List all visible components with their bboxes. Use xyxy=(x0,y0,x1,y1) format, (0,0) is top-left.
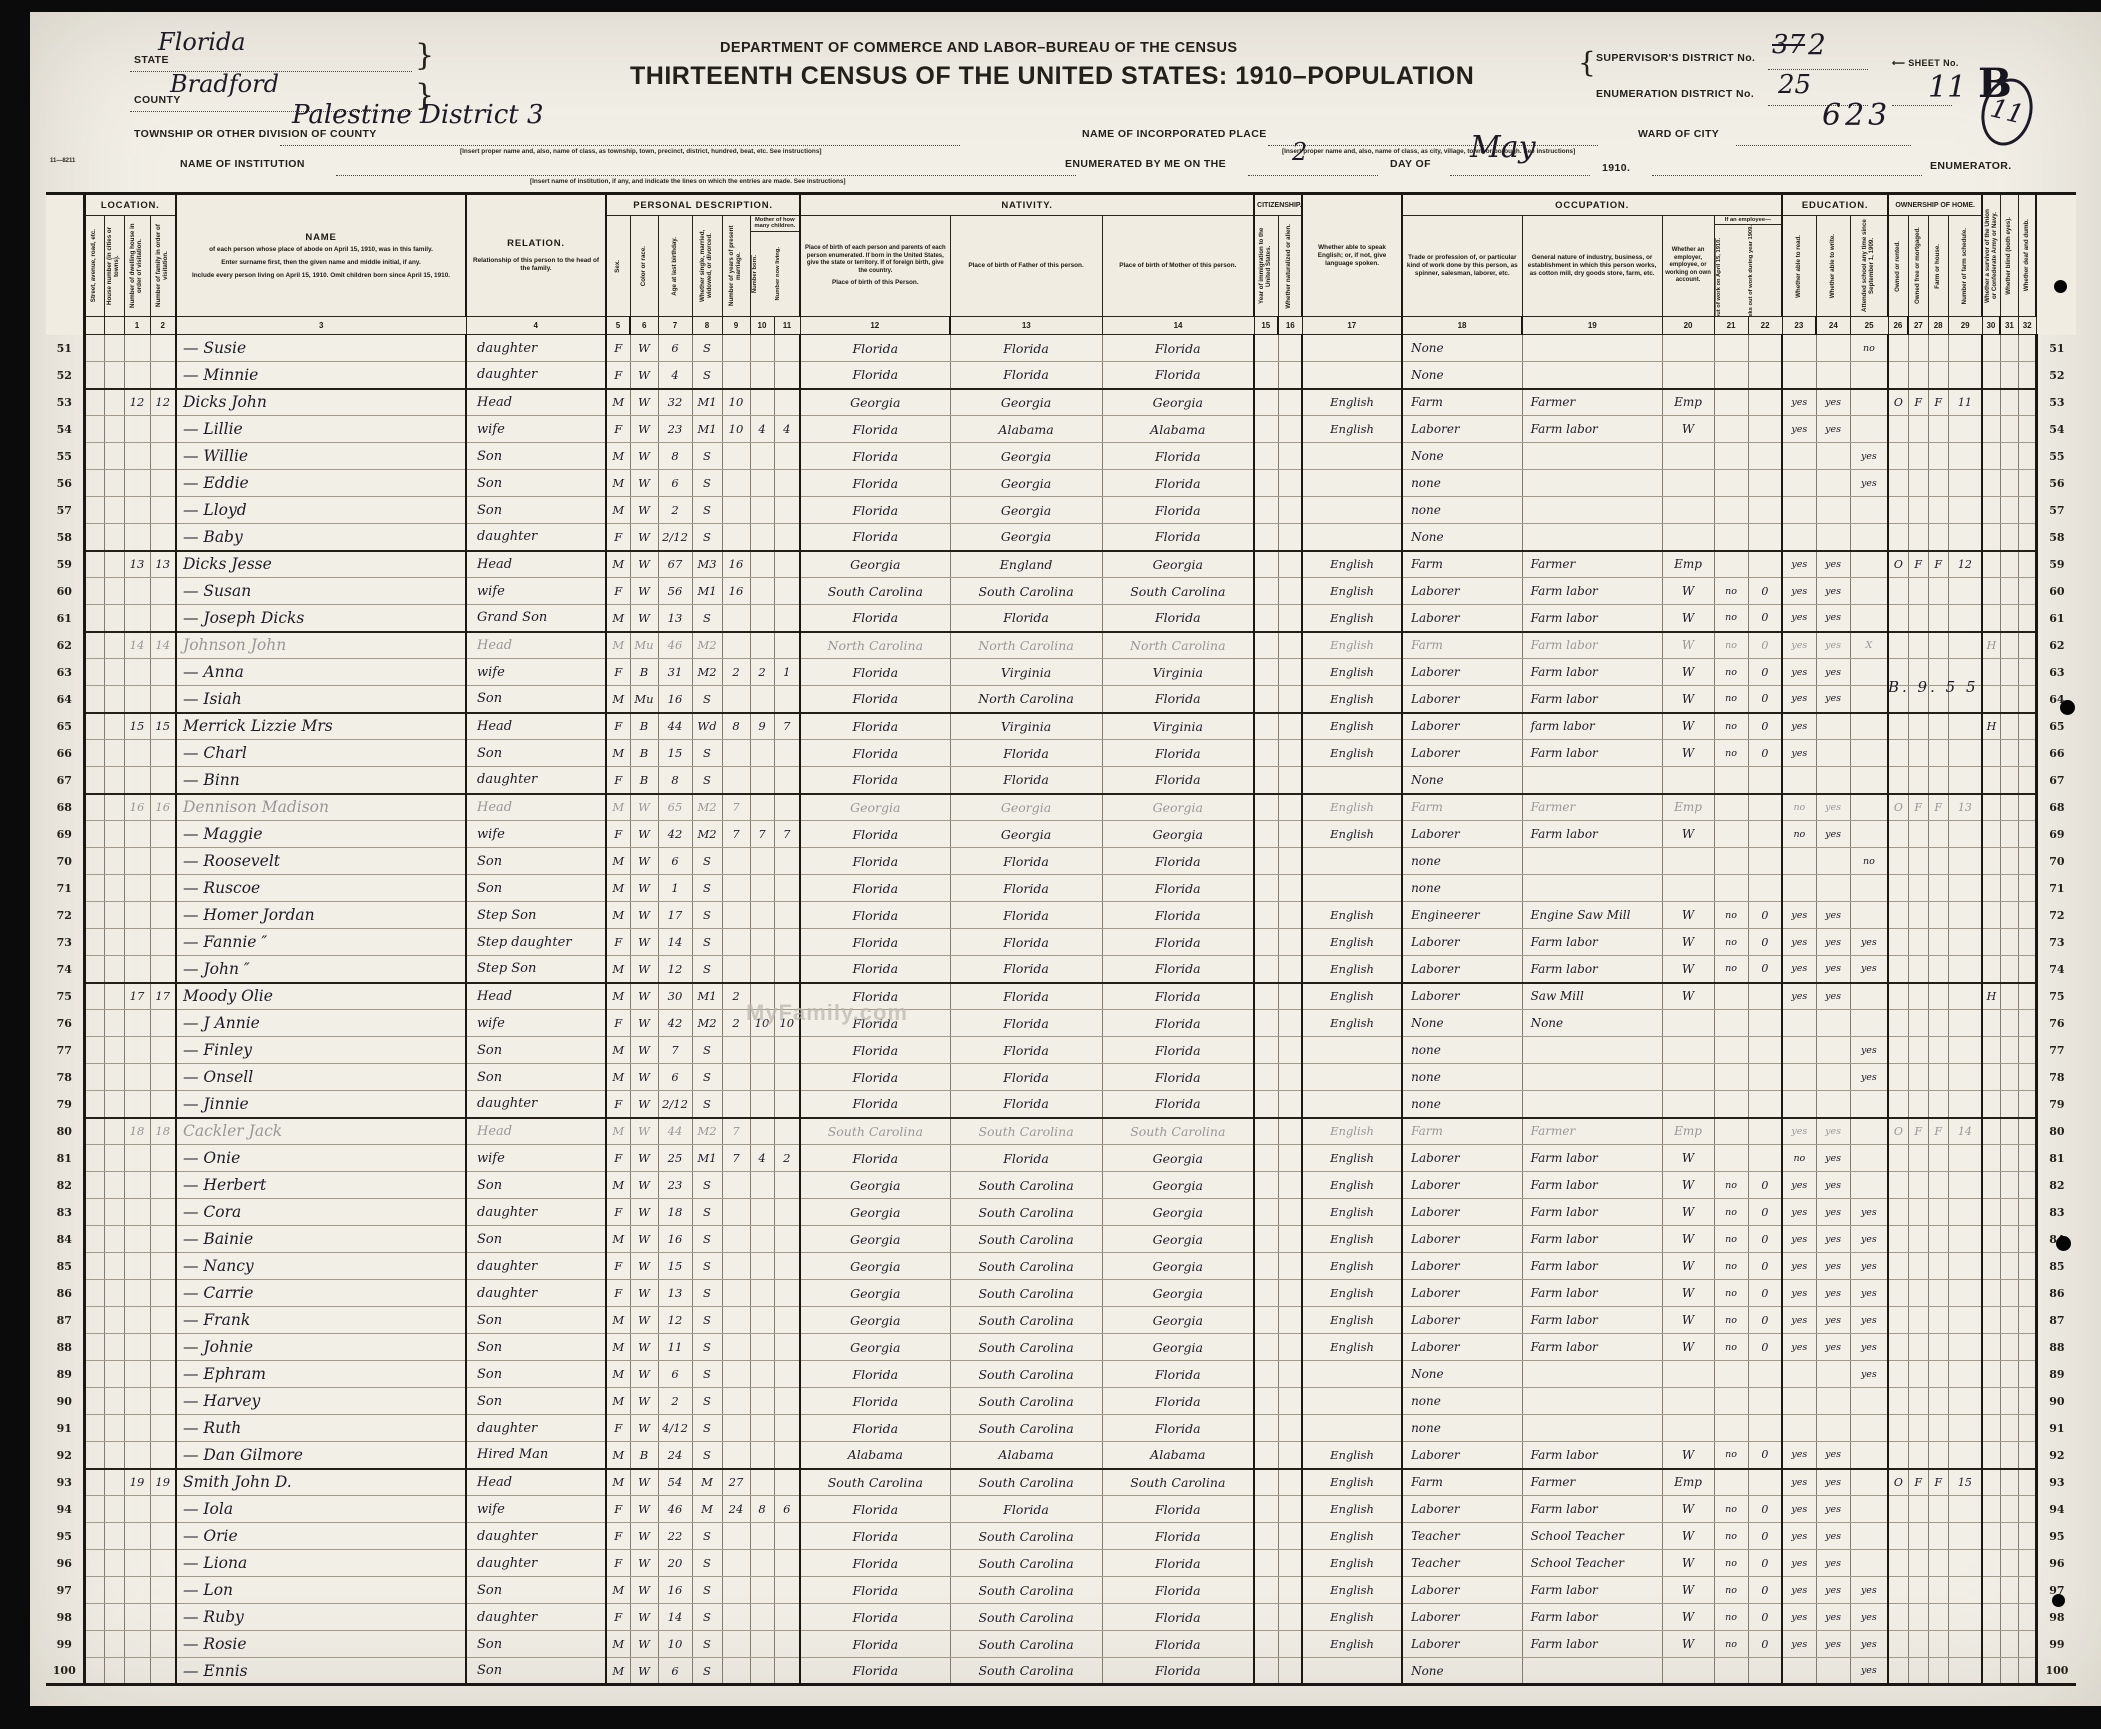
cell-color: W xyxy=(630,1415,658,1442)
cell-sex: M xyxy=(606,1442,630,1469)
cell-o27 xyxy=(1908,1064,1928,1091)
cell-c31 xyxy=(2000,1334,2018,1361)
cell-c30 xyxy=(1982,470,2000,497)
cell-nat xyxy=(1278,659,1302,686)
line-number: 96 xyxy=(46,1550,84,1577)
cell-imm xyxy=(1254,1442,1278,1469)
cell-o26 xyxy=(1888,1361,1908,1388)
census-sheet: STATE Florida } COUNTY Bradford } DEPART… xyxy=(30,12,2101,1706)
cell-age: 2/12 xyxy=(658,524,692,551)
cell-o26 xyxy=(1888,1604,1908,1631)
sheet-label: ⟵ SHEET No. xyxy=(1892,58,1959,69)
cell-emp: W xyxy=(1662,1307,1714,1334)
cell-age: 16 xyxy=(658,1226,692,1253)
cell-ow: no xyxy=(1714,686,1748,713)
cell-sch: yes xyxy=(1850,1307,1888,1334)
cell-wr: yes xyxy=(1816,902,1850,929)
cell-pm: Florida xyxy=(1102,605,1254,632)
cell-wr xyxy=(1816,1415,1850,1442)
cell-trade: None xyxy=(1402,1010,1522,1037)
cell-wk xyxy=(1748,389,1782,416)
cell-ym: 10 xyxy=(722,416,750,443)
line-number: 59 xyxy=(46,551,84,578)
cell-cb xyxy=(750,362,774,389)
cell-pf: South Carolina xyxy=(950,1307,1102,1334)
cell-street xyxy=(84,524,104,551)
cell-age: 14 xyxy=(658,1604,692,1631)
cell-rd xyxy=(1782,1361,1816,1388)
cell-age: 46 xyxy=(658,1496,692,1523)
cell-pob: Florida xyxy=(800,956,950,983)
cell-emp: W xyxy=(1662,713,1714,740)
cell-o29 xyxy=(1948,362,1982,389)
cell-cl: 7 xyxy=(774,821,800,848)
immigration-desc: Year of immigration to the United States… xyxy=(1259,218,1273,314)
cell-eng: English xyxy=(1302,1307,1402,1334)
column-number: 14 xyxy=(1102,317,1254,335)
cell-name: — Johnie xyxy=(176,1334,466,1361)
cell-cb xyxy=(750,848,774,875)
cell-c30 xyxy=(1982,902,2000,929)
cell-nat xyxy=(1278,848,1302,875)
cell-pob: Florida xyxy=(800,335,950,362)
cell-nat xyxy=(1278,1226,1302,1253)
cell-sch xyxy=(1850,713,1888,740)
cell-c31 xyxy=(2000,1523,2018,1550)
cell-mar: S xyxy=(692,848,722,875)
cell-o26 xyxy=(1888,1199,1908,1226)
cell-o28 xyxy=(1928,1496,1948,1523)
cell-fam xyxy=(150,335,176,362)
cell-wr xyxy=(1816,767,1850,794)
cell-cl xyxy=(774,1253,800,1280)
cell-c32 xyxy=(2018,1442,2036,1469)
cell-trade: Farm xyxy=(1402,794,1522,821)
cell-o29 xyxy=(1948,443,1982,470)
cell-age: 6 xyxy=(658,1361,692,1388)
cell-age: 44 xyxy=(658,713,692,740)
cell-sex: F xyxy=(606,1550,630,1577)
cell-rd: yes xyxy=(1782,1523,1816,1550)
cell-ow xyxy=(1714,416,1748,443)
cell-rel: daughter xyxy=(466,1604,606,1631)
line-number: 91 xyxy=(46,1415,84,1442)
cell-sch xyxy=(1850,1496,1888,1523)
cell-emp xyxy=(1662,875,1714,902)
cell-wr: yes xyxy=(1816,1280,1850,1307)
cell-mar: S xyxy=(692,1604,722,1631)
census-row: 98— RubydaughterFW14SFloridaSouth Caroli… xyxy=(46,1604,2076,1631)
cell-c31 xyxy=(2000,335,2018,362)
cell-dw xyxy=(124,1064,150,1091)
cell-age: 2 xyxy=(658,497,692,524)
census-row: 66— CharlSonMB15SFloridaFloridaFloridaEn… xyxy=(46,740,2076,767)
cell-eng: English xyxy=(1302,389,1402,416)
cell-c32 xyxy=(2018,821,2036,848)
cell-color: W xyxy=(630,929,658,956)
cell-o29 xyxy=(1948,1064,1982,1091)
line-number: 97 xyxy=(46,1577,84,1604)
cell-age: 22 xyxy=(658,1523,692,1550)
cell-o27 xyxy=(1908,1442,1928,1469)
cell-c30 xyxy=(1982,767,2000,794)
cell-street xyxy=(84,1415,104,1442)
cell-house xyxy=(104,1523,124,1550)
cell-o26 xyxy=(1888,335,1908,362)
cell-dw xyxy=(124,1145,150,1172)
cell-o29 xyxy=(1948,1388,1982,1415)
name-desc-2: Enter surname first, then the given name… xyxy=(179,259,463,267)
cell-ind: Farm labor xyxy=(1522,1307,1662,1334)
cell-c31 xyxy=(2000,605,2018,632)
cell-c30: H xyxy=(1982,713,2000,740)
relation-desc: Relationship of this person to the head … xyxy=(469,257,603,273)
cell-cl: 1 xyxy=(774,659,800,686)
cell-pf: South Carolina xyxy=(950,1415,1102,1442)
column-mother-birthplace: Place of birth of Mother of this person. xyxy=(1102,216,1254,317)
cell-pf: South Carolina xyxy=(950,1172,1102,1199)
cell-trade: Farm xyxy=(1402,389,1522,416)
cell-age: 54 xyxy=(658,1469,692,1496)
cell-trade: Teacher xyxy=(1402,1523,1522,1550)
cell-c32 xyxy=(2018,875,2036,902)
cell-nat xyxy=(1278,1064,1302,1091)
cell-emp: W xyxy=(1662,929,1714,956)
cell-rd: yes xyxy=(1782,659,1816,686)
cell-wk: 0 xyxy=(1748,632,1782,659)
cell-pf: Florida xyxy=(950,1037,1102,1064)
cell-age: 4/12 xyxy=(658,1415,692,1442)
cell-c32 xyxy=(2018,956,2036,983)
line-number: 76 xyxy=(2036,1010,2076,1037)
day-of-label: DAY OF xyxy=(1390,158,1431,170)
cell-o27 xyxy=(1908,713,1928,740)
cell-cl xyxy=(774,335,800,362)
cell-emp: W xyxy=(1662,1631,1714,1658)
cell-house xyxy=(104,1415,124,1442)
cell-dw xyxy=(124,1442,150,1469)
industry-desc: General nature of industry, business, or… xyxy=(1525,254,1660,278)
cell-name: — Charl xyxy=(176,740,466,767)
cell-c32 xyxy=(2018,1253,2036,1280)
cell-name: — Fannie ″ xyxy=(176,929,466,956)
cell-o28 xyxy=(1928,1658,1948,1685)
cell-wr: yes xyxy=(1816,1577,1850,1604)
cell-o26 xyxy=(1888,1307,1908,1334)
cell-color: W xyxy=(630,1172,658,1199)
cell-o29 xyxy=(1948,1010,1982,1037)
column-read: Whether able to read. xyxy=(1782,216,1816,317)
cell-rd: yes xyxy=(1782,1226,1816,1253)
cell-nat xyxy=(1278,1253,1302,1280)
cell-wk xyxy=(1748,497,1782,524)
cell-sex: F xyxy=(606,1145,630,1172)
cell-ym xyxy=(722,335,750,362)
cell-eng: English xyxy=(1302,1550,1402,1577)
cell-sch xyxy=(1850,1550,1888,1577)
cell-mar: S xyxy=(692,1199,722,1226)
cell-sex: M xyxy=(606,1388,630,1415)
cell-fam xyxy=(150,902,176,929)
cell-cb xyxy=(750,1631,774,1658)
cell-eng: English xyxy=(1302,1469,1402,1496)
cell-c30 xyxy=(1982,875,2000,902)
cell-eng xyxy=(1302,1091,1402,1118)
cell-house xyxy=(104,1280,124,1307)
line-number: 98 xyxy=(46,1604,84,1631)
cell-rel: Son xyxy=(466,686,606,713)
cell-ow xyxy=(1714,1037,1748,1064)
line-number: 84 xyxy=(46,1226,84,1253)
cell-c30 xyxy=(1982,1280,2000,1307)
cell-color: W xyxy=(630,470,658,497)
cell-c32 xyxy=(2018,470,2036,497)
cell-sex: F xyxy=(606,1496,630,1523)
cell-cb xyxy=(750,794,774,821)
cell-cb xyxy=(750,497,774,524)
sheet-line xyxy=(1892,104,1952,106)
cell-dw: 12 xyxy=(124,389,150,416)
cell-pm: Georgia xyxy=(1102,1172,1254,1199)
cell-ym xyxy=(722,1658,750,1685)
cell-name: — Cora xyxy=(176,1199,466,1226)
line-number: 62 xyxy=(46,632,84,659)
line-number: 63 xyxy=(2036,659,2076,686)
cell-o29 xyxy=(1948,416,1982,443)
column-naturalized: Whether naturalized or alien. xyxy=(1278,216,1302,317)
cell-street xyxy=(84,443,104,470)
cell-ind: Farm labor xyxy=(1522,1145,1662,1172)
cell-ym: 10 xyxy=(722,389,750,416)
cell-mar: M2 xyxy=(692,821,722,848)
cell-o28 xyxy=(1928,1604,1948,1631)
cell-sch xyxy=(1850,821,1888,848)
cell-o26 xyxy=(1888,1523,1908,1550)
cell-pm: Florida xyxy=(1102,1658,1254,1685)
line-number: 85 xyxy=(2036,1253,2076,1280)
cell-wr: yes xyxy=(1816,794,1850,821)
cell-ind xyxy=(1522,767,1662,794)
column-blind: Whether blind (both eyes). xyxy=(2000,194,2018,317)
cell-o29 xyxy=(1948,1658,1982,1685)
cell-rd xyxy=(1782,443,1816,470)
cell-ym: 2 xyxy=(722,659,750,686)
column-dwelling-number: Number of dwelling house in order of vis… xyxy=(124,216,150,317)
cell-eng: English xyxy=(1302,578,1402,605)
cell-house xyxy=(104,1604,124,1631)
cell-ow: no xyxy=(1714,1577,1748,1604)
cell-emp: W xyxy=(1662,1226,1714,1253)
cell-pm: Georgia xyxy=(1102,1253,1254,1280)
column-mother-of-children: Mother of how many children. Number born… xyxy=(750,216,800,317)
cell-sex: F xyxy=(606,929,630,956)
cell-age: 16 xyxy=(658,686,692,713)
census-row: 651515Merrick Lizzie MrsHeadFB44Wd897Flo… xyxy=(46,713,2076,740)
cell-cl: 2 xyxy=(774,1145,800,1172)
cell-o28 xyxy=(1928,1199,1948,1226)
cell-name: — Baby xyxy=(176,524,466,551)
cell-rel: Son xyxy=(466,740,606,767)
cell-sch: yes xyxy=(1850,1631,1888,1658)
cell-sch xyxy=(1850,1172,1888,1199)
cell-c30 xyxy=(1982,1631,2000,1658)
cell-cl xyxy=(774,1442,800,1469)
cell-ow: no xyxy=(1714,1631,1748,1658)
cell-ow xyxy=(1714,983,1748,1010)
cell-ind: Farm labor xyxy=(1522,1577,1662,1604)
cell-wr: yes xyxy=(1816,1253,1850,1280)
cell-house xyxy=(104,1334,124,1361)
census-row: 91— RuthdaughterFW4/12SFloridaSouth Caro… xyxy=(46,1415,2076,1442)
cell-age: 12 xyxy=(658,956,692,983)
cell-pm: Florida xyxy=(1102,740,1254,767)
cell-rd: yes xyxy=(1782,1307,1816,1334)
cell-wk xyxy=(1748,551,1782,578)
cell-emp: W xyxy=(1662,632,1714,659)
cell-eng: English xyxy=(1302,1226,1402,1253)
cell-dw xyxy=(124,740,150,767)
cell-street xyxy=(84,605,104,632)
cell-c31 xyxy=(2000,1631,2018,1658)
group-location: LOCATION. xyxy=(84,194,176,216)
cell-wr: yes xyxy=(1816,929,1850,956)
cell-cb xyxy=(750,1334,774,1361)
cell-pm: South Carolina xyxy=(1102,1469,1254,1496)
cell-o28 xyxy=(1928,605,1948,632)
cell-street xyxy=(84,1388,104,1415)
cell-emp xyxy=(1662,848,1714,875)
cell-nat xyxy=(1278,956,1302,983)
cell-emp: W xyxy=(1662,686,1714,713)
cell-o27 xyxy=(1908,497,1928,524)
cell-pob: Florida xyxy=(800,1550,950,1577)
group-ownership: OWNERSHIP OF HOME. xyxy=(1888,194,1982,216)
cell-o27 xyxy=(1908,956,1928,983)
cell-rd xyxy=(1782,767,1816,794)
cell-o27 xyxy=(1908,902,1928,929)
cell-o26 xyxy=(1888,875,1908,902)
column-deaf: Whether deaf and dumb. xyxy=(2018,194,2036,317)
cell-name: — Liona xyxy=(176,1550,466,1577)
cell-emp xyxy=(1662,1010,1714,1037)
cell-cl xyxy=(774,605,800,632)
cell-cb xyxy=(750,1523,774,1550)
cell-nat xyxy=(1278,1145,1302,1172)
cell-mar: S xyxy=(692,1253,722,1280)
line-number: 83 xyxy=(2036,1199,2076,1226)
cell-o27 xyxy=(1908,416,1928,443)
cell-nat xyxy=(1278,497,1302,524)
cell-trade: Laborer xyxy=(1402,416,1522,443)
cell-c32 xyxy=(2018,902,2036,929)
cell-o27 xyxy=(1908,848,1928,875)
cell-color: W xyxy=(630,902,658,929)
cell-c31 xyxy=(2000,1388,2018,1415)
cell-name: — Binn xyxy=(176,767,466,794)
cell-ind xyxy=(1522,497,1662,524)
cell-rd: yes xyxy=(1782,1280,1816,1307)
cell-sch xyxy=(1850,362,1888,389)
cell-sch xyxy=(1850,1415,1888,1442)
cell-fam: 12 xyxy=(150,389,176,416)
line-number: 86 xyxy=(46,1280,84,1307)
cell-wk: 0 xyxy=(1748,956,1782,983)
cell-street xyxy=(84,902,104,929)
cell-dw xyxy=(124,902,150,929)
cell-wr: yes xyxy=(1816,1496,1850,1523)
cell-c32 xyxy=(2018,1388,2036,1415)
cell-rel: daughter xyxy=(466,1415,606,1442)
cell-o28 xyxy=(1928,1550,1948,1577)
cell-dw: 15 xyxy=(124,713,150,740)
cell-color: W xyxy=(630,1226,658,1253)
cell-imm xyxy=(1254,1334,1278,1361)
cell-dw xyxy=(124,1577,150,1604)
cell-street xyxy=(84,1226,104,1253)
cell-emp: W xyxy=(1662,1496,1714,1523)
cell-ind xyxy=(1522,1037,1662,1064)
cell-nat xyxy=(1278,983,1302,1010)
cell-pf: South Carolina xyxy=(950,1604,1102,1631)
cell-name: — John ″ xyxy=(176,956,466,983)
cell-age: 23 xyxy=(658,1172,692,1199)
cell-dw xyxy=(124,1631,150,1658)
cell-o27 xyxy=(1908,1523,1928,1550)
cell-nat xyxy=(1278,713,1302,740)
cell-dw xyxy=(124,875,150,902)
cell-trade: Laborer xyxy=(1402,956,1522,983)
cell-fam: 13 xyxy=(150,551,176,578)
cell-fam xyxy=(150,1199,176,1226)
cell-ym xyxy=(722,1091,750,1118)
column-number: 19 xyxy=(1522,317,1662,335)
cell-cb xyxy=(750,335,774,362)
cell-pm: Florida xyxy=(1102,686,1254,713)
cell-pob: Florida xyxy=(800,1523,950,1550)
cell-name: — Eddie xyxy=(176,470,466,497)
cell-wr: yes xyxy=(1816,686,1850,713)
cell-o27 xyxy=(1908,1145,1928,1172)
cell-ow: no xyxy=(1714,902,1748,929)
cell-o29 xyxy=(1948,848,1982,875)
line-number: 74 xyxy=(2036,956,2076,983)
enumeration-district-label: ENUMERATION DISTRICT No. xyxy=(1596,88,1754,100)
relation-title: RELATION. xyxy=(469,238,603,249)
cell-nat xyxy=(1278,1307,1302,1334)
cell-pm: Florida xyxy=(1102,929,1254,956)
cell-color: B xyxy=(630,1442,658,1469)
cell-eng: English xyxy=(1302,983,1402,1010)
cell-house xyxy=(104,1496,124,1523)
cell-sex: M xyxy=(606,1172,630,1199)
cell-trade: Laborer xyxy=(1402,929,1522,956)
line-number: 78 xyxy=(2036,1064,2076,1091)
cell-rel: Son xyxy=(466,1307,606,1334)
cell-trade: Farm xyxy=(1402,1118,1522,1145)
cell-c32 xyxy=(2018,1118,2036,1145)
line-number: 79 xyxy=(2036,1091,2076,1118)
cell-cl xyxy=(774,1334,800,1361)
cell-o26 xyxy=(1888,929,1908,956)
cell-rd: yes xyxy=(1782,983,1816,1010)
cell-mar: S xyxy=(692,470,722,497)
group-education: EDUCATION. xyxy=(1782,194,1888,216)
cell-o29 xyxy=(1948,1253,1982,1280)
cell-house xyxy=(104,767,124,794)
cell-street xyxy=(84,416,104,443)
cell-o29: 11 xyxy=(1948,389,1982,416)
cell-c30 xyxy=(1982,1388,2000,1415)
